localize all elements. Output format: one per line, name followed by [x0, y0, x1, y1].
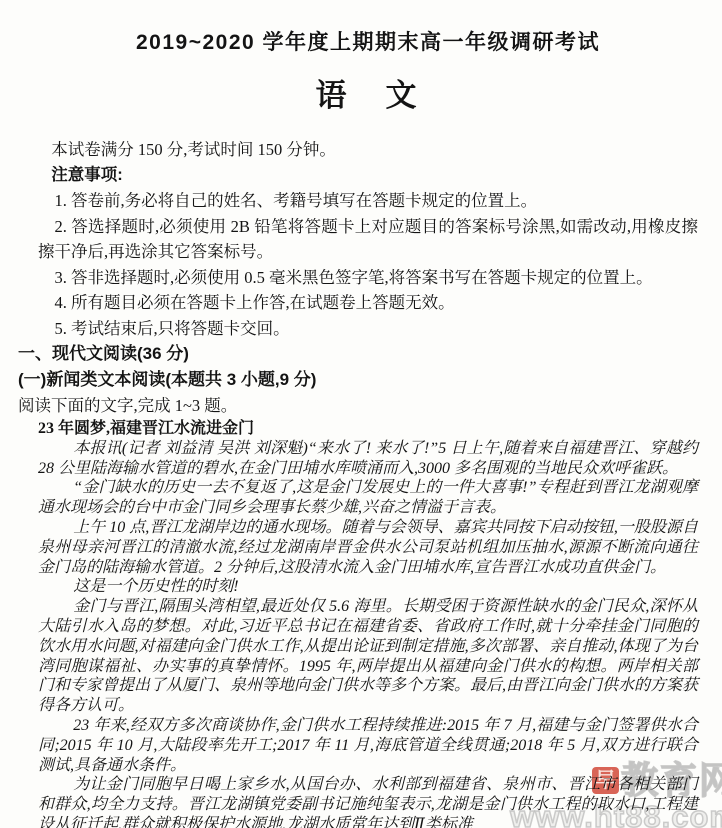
exam-info-line: 本试卷满分 150 分,考试时间 150 分钟。: [38, 137, 698, 163]
notice-item-5: 5. 考试结束后,只将答题卡交回。: [38, 316, 698, 342]
notice-heading: 注意事项:: [38, 163, 698, 189]
notice-item-4: 4. 所有题目必须在答题卡上作答,在试题卷上答题无效。: [38, 290, 698, 316]
article-paragraph-3: 上午 10 点,晋江龙湖岸边的通水现场。随着与会领导、嘉宾共同按下启动按钮,一股…: [38, 518, 698, 577]
article-title: 23 年圆梦,福建晋江水流进金门: [38, 419, 698, 439]
exam-paper: 2019~2020 学年度上期期末高一年级调研考试 语 文 本试卷满分 150 …: [0, 0, 722, 828]
scanned-exam-page: { "exam": { "title": "2019~2020 学年度上期期末高…: [0, 0, 722, 828]
article-paragraph-4: 这是一个历史性的时刻!: [38, 577, 698, 597]
subsection-heading-news-text: (一)新闻类文本阅读(本题共 3 小题,9 分): [18, 367, 698, 393]
article-paragraph-5: 金门与晋江,隔围头湾相望,最近处仅 5.6 海里。长期受困于资源性缺水的金门民众…: [38, 597, 698, 716]
notice-item-3: 3. 答非选择题时,必须使用 0.5 毫米黑色签字笔,将答案书写在答题卡规定的位…: [38, 265, 698, 291]
reading-passage: 23 年圆梦,福建晋江水流进金门 本报讯(记者 刘益清 吴洪 刘深魁)“来水了!…: [38, 419, 698, 828]
article-paragraph-2: “金门缺水的历史一去不复返了,这是金门发展史上的一件大喜事!”专程赶到晋江龙湖观…: [38, 478, 698, 518]
notice-item-2: 2. 答选择题时,必须使用 2B 铅笔将答题卡上对应题目的答案标号涂黑,如需改动…: [38, 214, 698, 265]
exam-title: 2019~2020 学年度上期期末高一年级调研考试: [38, 26, 698, 56]
article-paragraph-1: 本报讯(记者 刘益清 吴洪 刘深魁)“来水了! 来水了!”5 日上午,随着来自福…: [38, 439, 698, 479]
subject-title: 语 文: [38, 70, 698, 115]
notice-item-1: 1. 答卷前,务必将自己的姓名、考籍号填写在答题卡规定的位置上。: [38, 188, 698, 214]
article-paragraph-6: 23 年来,经双方多次商谈协作,金门供水工程持续推进:2015 年 7 月,福建…: [38, 716, 698, 775]
reading-instruction: 阅读下面的文字,完成 1~3 题。: [18, 393, 698, 419]
section-heading-modern-reading: 一、现代文阅读(36 分): [18, 341, 698, 367]
article-paragraph-7: 为让金门同胞早日喝上家乡水,从国台办、水利部到福建省、泉州市、晋江市各相关部门和…: [38, 775, 698, 828]
